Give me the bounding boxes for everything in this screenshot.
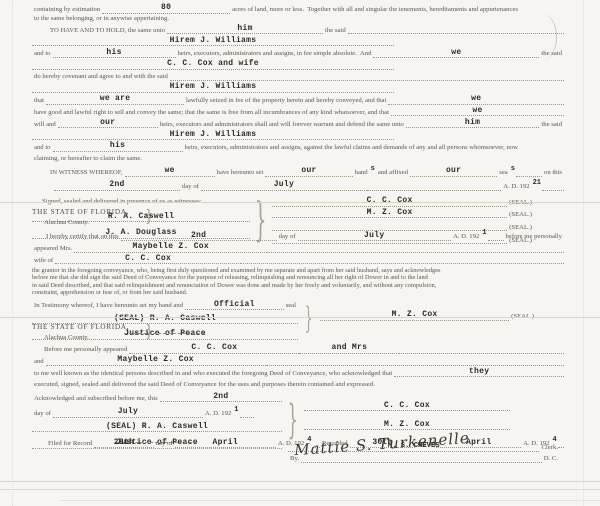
right-edge-line	[583, 0, 584, 506]
printed-text: day of	[180, 183, 201, 191]
venue-header: THE STATE OF FLORIDA, Alachua County. }	[32, 323, 564, 342]
state-label: THE STATE OF FLORIDA,	[32, 323, 564, 331]
typed-fill: Official	[185, 301, 284, 310]
scanned-deed-document: containing by estimation80acres of land,…	[0, 0, 600, 506]
dotted-blank	[542, 182, 564, 191]
typed-fill: C. C. Cox	[55, 255, 241, 264]
printed-text: heirs, executors, administrators and ass…	[183, 144, 520, 152]
printed-text: to the same belonging, or in anywise app…	[32, 15, 171, 23]
dotted-blank	[399, 345, 564, 354]
printed-text: heirs, executors, administrators and ass…	[176, 50, 374, 58]
typed-fill: our	[410, 167, 497, 176]
typed-fill: Maybelle Z. Cox	[74, 243, 267, 252]
county-label: Alachua County.	[44, 334, 564, 341]
typed-fill: April	[175, 439, 276, 448]
printed-text: Filed for Record	[46, 440, 94, 448]
printed-text: will and	[32, 121, 58, 129]
paragraph-line: constraint, apprehension or fear of, or …	[32, 289, 564, 296]
dotted-blank	[348, 25, 564, 34]
typed-superscript: 21	[532, 179, 542, 187]
paragraph-line: in said Deed described, and that said re…	[32, 282, 564, 289]
printed-text: TO HAVE AND TO HOLD, the same unto	[48, 27, 167, 35]
section-divider	[0, 202, 600, 203]
printed-text: and affixed	[376, 169, 410, 177]
typed-fill: Hirem J. Williams	[32, 83, 394, 92]
printed-text: Before me personally appeared	[42, 346, 129, 354]
printed-text: the said	[323, 27, 348, 35]
deputy-clerk-label: D. C.	[542, 455, 560, 463]
dotted-blank	[367, 182, 501, 191]
dotted-blank	[170, 72, 564, 81]
printed-text: have hereunto set	[215, 169, 266, 177]
printed-text: day of	[154, 440, 175, 448]
dotted-blank	[267, 244, 564, 253]
typed-fill: and Mrs	[299, 344, 399, 353]
printed-text: lawfully seized in fee of the property h…	[184, 97, 388, 105]
printed-text: executed, signed, sealed and delivered t…	[32, 381, 377, 389]
typed-fill: C. C. Cox	[304, 402, 510, 411]
printed-text: seal	[284, 302, 298, 310]
brace-icon: }	[146, 206, 153, 225]
dotted-blank	[241, 255, 564, 264]
printed-text: the said	[539, 121, 564, 129]
deed-body-lines: containing by estimation80acres of land,…	[32, 4, 564, 190]
printed-text: the said	[539, 50, 564, 58]
paragraph-line: the grantor in the foregoing conveyance,…	[32, 267, 564, 274]
paragraph-line: before me that she did sign the said Dee…	[32, 274, 564, 281]
printed-text: day of	[32, 410, 53, 418]
typed-fill: we	[388, 95, 564, 104]
brace-icon: }	[146, 321, 153, 340]
typed-fill: we	[125, 167, 215, 176]
dotted-blank	[516, 168, 542, 177]
typed-fill: we are	[46, 95, 184, 104]
joint-acknowledgment-section: THE STATE OF FLORIDA, Alachua County. } …	[32, 321, 564, 449]
printed-text: heirs, executors and administrators shal…	[158, 121, 406, 129]
printed-text: and	[32, 358, 46, 366]
printed-text: A. D. 192	[451, 233, 481, 241]
state-label: THE STATE OF FLORIDA,	[32, 208, 564, 216]
typed-fill: his	[53, 49, 176, 58]
typed-fill: 28th	[94, 439, 154, 448]
printed-text: have good and lawful right to sell and c…	[32, 109, 391, 117]
typed-fill: Hirem J. Williams	[32, 131, 394, 140]
printed-text: hand	[353, 169, 370, 177]
printed-text: on this	[542, 169, 564, 177]
printed-text: to me well known as the identical person…	[32, 370, 394, 378]
typed-fill: our	[265, 167, 352, 176]
printed-text: do hereby covenant and agree to and with…	[32, 73, 170, 81]
typed-fill: C. C. Cox	[129, 344, 299, 353]
typed-fill: 2nd	[54, 181, 180, 190]
certify-lines: I hereby certify that on this2ndday ofJu…	[32, 229, 564, 264]
typed-fill: we	[391, 107, 564, 116]
ledger-line-3	[60, 500, 600, 501]
ledger-line-2	[0, 489, 600, 490]
typed-fill: July	[298, 232, 451, 241]
printed-text: I hereby certify that on this	[44, 233, 121, 241]
typed-fill: 2nd	[160, 393, 282, 402]
typed-fill: him	[406, 119, 540, 128]
typed-fill: our	[58, 119, 158, 128]
brace-icon: }	[288, 402, 298, 438]
printed-text: containing by estimation	[32, 6, 102, 14]
printed-text: IN WITNESS WHEREOF,	[48, 169, 125, 177]
county-label: Alachua County.	[44, 219, 564, 226]
section-divider	[0, 317, 600, 318]
typed-fill: 2nd	[121, 232, 277, 241]
clerk-label: Clerk.	[539, 444, 560, 452]
printed-text: A. D. 192	[203, 410, 233, 418]
ledger-line-1	[0, 481, 600, 482]
printed-text: A. D. 192	[501, 183, 531, 191]
typed-fill: they	[394, 368, 564, 377]
left-fold-line	[12, 0, 13, 506]
typed-fill: Hirem J. Williams	[32, 37, 394, 46]
typed-fill: (SEAL) R. A. Caswell	[32, 423, 282, 432]
printed-text: acres of land, more or less. Together wi…	[230, 6, 520, 14]
dower-paragraph: the grantor in the foregoing conveyance,…	[32, 267, 564, 296]
typed-fill: July	[53, 408, 203, 417]
typed-fill: C. C. Cox and wife	[32, 60, 394, 69]
typed-fill: 80	[102, 4, 230, 13]
printed-text: day of	[277, 233, 298, 241]
typed-fill: M. Z. Cox	[320, 311, 509, 320]
printed-text: before me personally	[504, 233, 564, 241]
dotted-blank	[240, 409, 254, 418]
appearance-lines: Before me personally appearedC. C. Coxan…	[32, 344, 564, 388]
typed-fill: his	[53, 142, 183, 151]
printed-text: sea	[497, 169, 510, 177]
typed-fill: him	[167, 25, 323, 34]
dotted-blank	[488, 232, 504, 241]
printed-text: that	[32, 97, 46, 105]
typed-fill: Maybelle Z. Cox	[46, 356, 266, 365]
venue-header: THE STATE OF FLORIDA, Alachua County. }	[32, 208, 564, 227]
printed-text: and to	[32, 144, 53, 152]
printed-text: wife of	[32, 257, 55, 265]
typed-fill: we	[373, 49, 539, 58]
printed-text: In Testimony whereof, I have hereunto se…	[32, 302, 185, 310]
printed-text: appeared Mrs.	[32, 245, 74, 253]
typed-fill: M. Z. Cox	[304, 421, 510, 430]
printed-text: and to	[32, 50, 53, 58]
typed-fill: July	[201, 181, 367, 190]
dower-acknowledgment-section: THE STATE OF FLORIDA, Alachua County. } …	[32, 206, 564, 340]
printed-text: Acknowledged and subscribed before me, t…	[32, 395, 160, 403]
dotted-blank	[266, 357, 564, 366]
printed-text: claiming, or hereafter to claim the same…	[32, 155, 144, 163]
filing-record-section: Filed for Record28thday ofAprilA. D. 192…	[46, 434, 564, 448]
clerk-block: M. S. CHEVES Clerk. By. D. C. Mattie S. …	[288, 441, 560, 463]
